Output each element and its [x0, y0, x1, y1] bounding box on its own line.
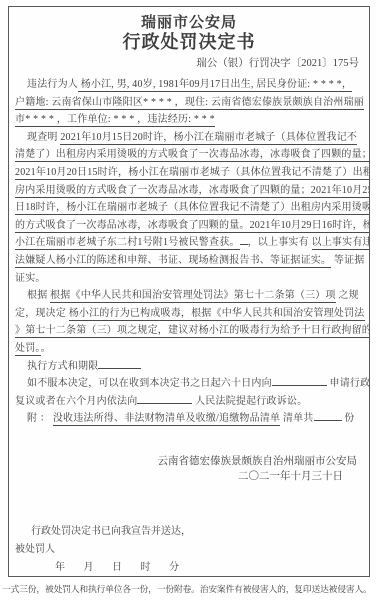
text-segment: 日18时许，杨小江在瑞丽市老城子（具体位置我记不清楚了）出租房内采用烫吸	[15, 202, 370, 215]
doc-title: 行政处罚决定书	[15, 32, 363, 52]
text-segment: 人民法院提起行政诉讼。	[192, 396, 307, 407]
text-segment: 2021年10月20日15时许，杨小江在瑞丽市老城子（具体位置我记不清楚了）出租	[15, 167, 370, 180]
body-line: 清楚了）出租房内采用烫吸的方式吸食了一次毒品冰毒，冰毒吸食了四颗的量；	[15, 146, 363, 164]
body-line: 》第七十二条第（三）项之规定，建议对杨小江的吸毒行为给予十日行政拘留的	[15, 322, 363, 340]
text-segment: 清楚了）出租房内采用烫吸的方式吸食了一次毒品冰毒，冰毒吸食了四颗的量；	[15, 149, 370, 162]
body-line: 2021年10月20日15时许，杨小江在瑞丽市老城子（具体位置我记不清楚了）出租	[15, 164, 363, 182]
body-line: 小江在瑞丽市老城子东二村1号附1号被民警查获。，以上事实有 以上事实有违	[15, 234, 363, 252]
body-line: 户籍地: 云南省保山市隆阳区* * * * ，现住: 云南省德宏傣族景颇族自治州…	[15, 94, 363, 112]
org-title: 瑞丽市公安局	[15, 15, 363, 32]
text-segment: 违法行为人	[27, 79, 78, 90]
date-time-fill-line: 年 月 日 时 分	[55, 559, 363, 577]
body-line: 现查明 2021年10月15日20时许，杨小江在瑞丽市老城子（具体位置我记不	[15, 129, 363, 147]
body-line: 附 ： 没收违法所得、非法财物清单及收缴/追缴物品清单 清单共 份	[15, 410, 363, 428]
text-segment: 。	[41, 343, 51, 354]
text-segment: 没收违法所得、非法财物清单及收缴/追缴物品清单	[53, 413, 280, 426]
text-segment: 根据	[27, 290, 50, 301]
text-segment: 杨小江, 男, 40岁, 1981年09月17日出生, 居民身份证: * * *…	[78, 79, 352, 92]
body-line: 执行方式和期限	[15, 358, 363, 376]
text-segment: 根据《中华人民共和国治安管理处罚法》第七十二条第（三）项	[50, 290, 336, 303]
body-line: 法嫌疑人杨小江的陈述和申辩、书证、现场检测报告书、等证据证实。 等证据	[15, 252, 363, 270]
footer-note: 一式三份，被处罚人和执行单位各一份，一份附卷。治安案件有被侵害人的，复印送达被侵…	[2, 582, 378, 595]
text-segment: 2021年10月15日20时许，杨小江在瑞丽市老城子（具体位置我记不	[60, 132, 357, 145]
text-segment: ，以上事实有	[248, 237, 312, 248]
acknowledgement-block: 行政处罚决定书已向我宣告并送达， 被处罚人 年 月 日 时 分	[15, 523, 363, 577]
text-segment: 小江在瑞丽市老城子东二村1号附1号被民警查获。	[15, 237, 240, 250]
blank-field	[272, 376, 327, 386]
body-line: 如不服本决定，可以在收到本决定书之日起六十日内向 申请行政	[15, 375, 363, 393]
body-line: 违法行为人 杨小江, 男, 40岁, 1981年09月17日出生, 居民身份证:…	[15, 76, 363, 94]
text-segment: 市* * * * ，工作单位: * * * ，违法经历: * * *	[15, 114, 215, 127]
body-line: 证实。	[15, 270, 363, 288]
text-segment: 以上事实有违	[312, 237, 370, 250]
body-line: 复议或者在六个月内依法向 人民法院提起行政诉讼。	[15, 393, 363, 411]
text-segment: 定，现决定	[15, 308, 69, 319]
text-segment: 处罚。	[15, 343, 41, 356]
blank-field	[240, 235, 248, 245]
text-segment: 户籍地: 云南省保山市隆阳区* * * * ，现住: 云南省德宏傣族景颇族自治州…	[15, 97, 364, 110]
body-line: 的方式吸食了一次毒品冰毒，冰毒吸食了四颗的量。2021年10月29日16时许，杨	[15, 217, 363, 235]
text-segment: 复议或者在六个月内依法向	[15, 396, 137, 407]
body-line: 市* * * * ，工作单位: * * * ，违法经历: * * *	[15, 111, 363, 129]
text-segment: 证实。	[15, 273, 46, 284]
text-segment: 份	[342, 413, 355, 424]
text-segment: 》第七十二条第（三）项之规定，建议对杨小江的吸毒行为给予十日行政拘留的	[15, 325, 370, 338]
body-line: 根据 根据《中华人民共和国治安管理处罚法》第七十二条第（三）项 之规	[15, 287, 363, 305]
text-segment: 申请行政	[327, 378, 370, 389]
text-segment: 清单共	[280, 413, 313, 424]
body-line: 房内采用烫吸的方式吸食了一次毒品冰毒，冰毒吸食了四颗的量；2021年10月25	[15, 182, 363, 200]
decision-document-sheet: 瑞丽市公安局 行政处罚决定书 瑞公（银）行罚决字〔2021〕175号 违法行为人…	[8, 6, 370, 577]
acknowledgement-statement: 行政处罚决定书已向我宣告并送达，	[15, 523, 363, 541]
signature-org: 云南省德宏傣族景颇族自治州瑞丽市公安局	[15, 454, 357, 470]
text-segment: 法嫌疑人杨小江的陈述和申辩、书证、现场检测报告书、等证据证实。	[15, 255, 331, 268]
text-segment: 杨小江的行为已构成吸毒，根据《中华人民共和国治安管理处罚法	[69, 308, 365, 321]
text-segment: 的方式吸食了一次毒品冰毒，冰毒吸食了四颗的量。2021年10月29日16时许，杨	[15, 220, 370, 233]
signature-block: 云南省德宏傣族景颇族自治州瑞丽市公安局 二〇二一年十月三十日	[15, 454, 363, 485]
signature-date: 二〇二一年十月三十日	[15, 469, 357, 485]
doc-number: 瑞公（银）行罚决字〔2021〕175号	[15, 57, 363, 71]
text-segment: 等证据	[331, 255, 364, 266]
body-line: 定，现决定 杨小江的行为已构成吸毒，根据《中华人民共和国治安管理处罚法	[15, 305, 363, 323]
text-segment: 房内采用烫吸的方式吸食了一次毒品冰毒，冰毒吸食了四颗的量；2021年10月25	[15, 185, 370, 198]
text-segment: 附 ：	[27, 413, 53, 424]
blank-field	[98, 359, 141, 369]
penalized-person-label: 被处罚人	[15, 541, 363, 559]
body-line: 日18时许，杨小江在瑞丽市老城子（具体位置我记不清楚了）出租房内采用烫吸	[15, 199, 363, 217]
text-segment: 如不服本决定，可以在收到本决定书之日起六十日内向	[27, 378, 272, 389]
body-line: 处罚。。	[15, 340, 363, 358]
document-body: 违法行为人 杨小江, 男, 40岁, 1981年09月17日出生, 居民身份证:…	[15, 76, 363, 428]
text-segment: 现查明	[27, 132, 60, 143]
text-segment: 之规	[336, 290, 359, 301]
blank-field	[314, 411, 342, 421]
blank-field	[137, 394, 192, 404]
text-segment: 执行方式和期限	[27, 361, 98, 372]
